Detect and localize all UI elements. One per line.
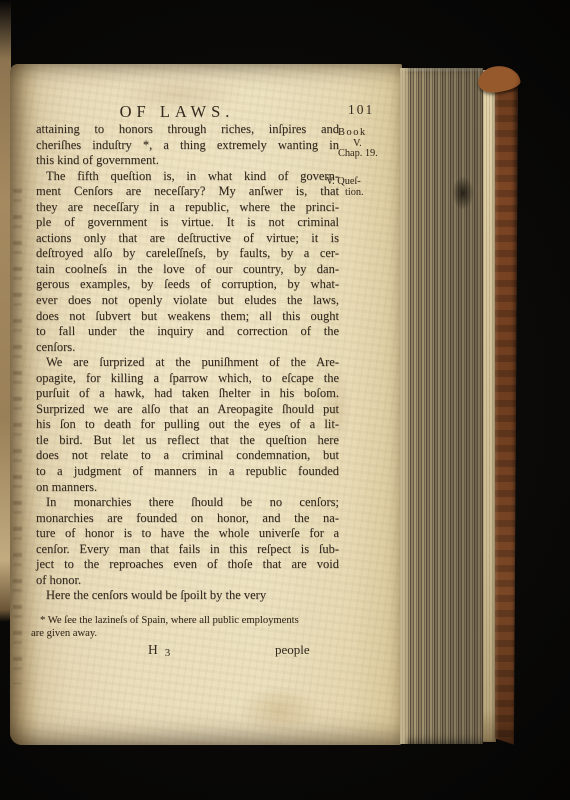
text-line: this kind of government. — [36, 153, 339, 169]
text-line: tain coolneſs in the love of our country… — [36, 262, 339, 278]
text-line: opagite, for killing a ſparrow which, to… — [36, 371, 339, 387]
text-line: We are ſurprized at the puniſhment of th… — [36, 355, 339, 371]
text-line: ment Cenſors are neceſſary? My anſwer is… — [36, 184, 339, 200]
paper-stain — [238, 686, 320, 734]
text-line: In monarchies there ſhould be no cenſors… — [36, 495, 339, 511]
text-line: his ſon to death for pulling out the eye… — [36, 417, 339, 433]
text-line: ject to the reproaches even of thoſe tha… — [36, 557, 339, 573]
note-line: are given away. — [31, 628, 379, 641]
text-line: ture of honor is to have the whole unive… — [36, 526, 339, 542]
text-line: ple of government is virtue. It is not c… — [36, 215, 339, 231]
text-line: does not ſubvert but weakens them; all t… — [36, 309, 339, 325]
page-number: 101 — [348, 102, 374, 118]
text-line: to a judgment of manners in a republic f… — [36, 464, 339, 480]
text-line: deſtroyed alſo by careleſſneſs, by fault… — [36, 246, 339, 262]
signature-mark: H3 — [148, 642, 171, 658]
book-photo: OF LAWS. 101 attaining to honors through… — [0, 0, 570, 800]
text-line: on manners. — [36, 480, 339, 496]
running-head: OF LAWS. 101 — [10, 102, 402, 122]
text-line: of honor. — [36, 573, 339, 589]
note-line: V. Queſ- — [326, 177, 398, 188]
note-line: * We ſee the lazineſs of Spain, where al… — [31, 615, 379, 628]
main-text: attaining to honors through riches, inſp… — [36, 122, 339, 604]
note-line: Book — [338, 128, 400, 139]
text-line: purſuit of a hawk, had taken ſhelter in … — [36, 386, 339, 402]
footnote: * We ſee the lazineſs of Spain, where al… — [31, 615, 379, 640]
text-line: to fall under the inquiry and correction… — [36, 324, 339, 340]
margin-note-question: V. Queſ-tion. — [326, 177, 398, 198]
margin-note-book-chapter: BookV.Chap. 19. — [338, 128, 400, 160]
page-title: OF LAWS. — [120, 102, 235, 122]
flyleaf-edge — [483, 70, 496, 742]
text-line: Here the cenſors would be ſpoilt by the … — [36, 588, 339, 604]
edge-stain-spot — [452, 176, 474, 210]
text-line: monarchies are founded on honor, and the… — [36, 511, 339, 527]
text-line: The fifth queſtion is, in what kind of g… — [36, 169, 339, 185]
text-line: cheriſhes induſtry *, a thing extremely … — [36, 138, 339, 154]
text-line: ever does not openly violate but eludes … — [36, 293, 339, 309]
catchword: people — [275, 642, 310, 658]
note-line: tion. — [326, 188, 398, 199]
text-line: cenſors. — [36, 340, 339, 356]
fore-edge-page-stack — [400, 68, 483, 744]
text-line: cenſor. Every man that fails in this reſ… — [36, 542, 339, 558]
text-line: tle bird. But let us reflect that the qu… — [36, 433, 339, 449]
note-line: Chap. 19. — [338, 149, 400, 160]
text-line: gerous examples, by ſeeds of corruption,… — [36, 277, 339, 293]
text-line: they are neceſſary in a republic, where … — [36, 200, 339, 216]
text-line: Surprized we are alſo that an Areopagite… — [36, 402, 339, 418]
book-page: OF LAWS. 101 attaining to honors through… — [10, 64, 402, 745]
gutter-showthrough — [13, 184, 22, 684]
signature-row: H3 people — [36, 642, 339, 660]
text-line: does not relate to a criminal condemnati… — [36, 448, 339, 464]
text-line: attaining to honors through riches, inſp… — [36, 122, 339, 138]
text-line: actions only that are deſtructive of vir… — [36, 231, 339, 247]
